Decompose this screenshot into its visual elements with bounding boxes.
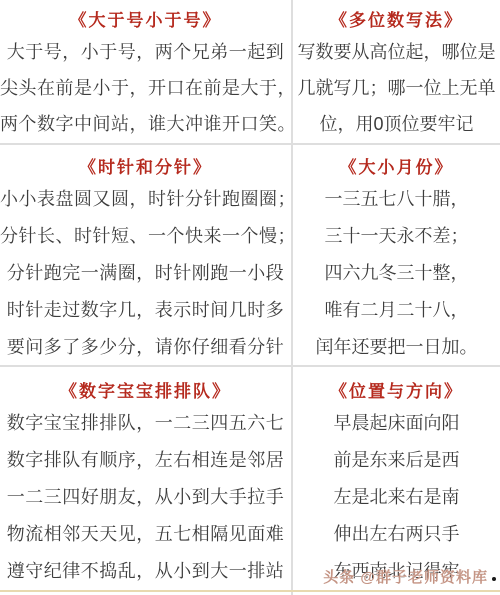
rhyme-line: 分针跑完一满圈，时针刚跑一小段	[0, 255, 291, 292]
rhyme-line: 数字排队有顺序，左右相连是邻居	[0, 442, 291, 479]
card-multidigit-writing: 《多位数写法》 写数要从高位起，哪位是 几就写几；哪一位上无单 位，用0顶位要牢…	[293, 0, 500, 145]
rhyme-line: 数字宝宝排排队，一二三四五六七	[0, 405, 291, 442]
rhyme-line: 两个数字中间站，谁大冲谁开口笑。	[0, 106, 291, 142]
rhyme-line: 一二三四好朋友，从小到大手拉手	[0, 479, 291, 516]
rhyme-line: 左是北来右是南	[293, 479, 500, 516]
watermark-text: 头条 @群子老师资料库	[323, 566, 488, 587]
card-title: 《多位数写法》	[293, 0, 500, 34]
rhyme-line: 几就写几；哪一位上无单	[293, 70, 500, 106]
card-title: 《数字宝宝排排队》	[0, 367, 291, 405]
bottom-accent-bar	[0, 590, 500, 592]
card-title: 《位置与方向》	[293, 367, 500, 405]
rhyme-line: 写数要从高位起，哪位是	[293, 34, 500, 70]
card-title: 《时针和分针》	[0, 145, 291, 181]
card-greater-less-sign: 《大于号小于号》 大于号，小于号，两个兄弟一起到 尖头在前是小于，开口在前是大于…	[0, 0, 293, 145]
rhyme-line: 小小表盘圆又圆，时针分针跑圈圈；	[0, 181, 291, 218]
rhyme-line: 早晨起床面向阳	[293, 405, 500, 442]
rhyme-line: 闰年还要把一日加。	[293, 329, 500, 366]
rhyme-line: 三十一天永不差；	[293, 218, 500, 255]
rhyme-line: 前是东来后是西	[293, 442, 500, 479]
rhyme-line: 要问多了多少分，请你仔细看分针	[0, 329, 291, 366]
card-title: 《大小月份》	[293, 145, 500, 181]
rhyme-card-grid: 《大于号小于号》 大于号，小于号，两个兄弟一起到 尖头在前是小于，开口在前是大于…	[0, 0, 500, 595]
rhyme-sheet-page: 《大于号小于号》 大于号，小于号，两个兄弟一起到 尖头在前是小于，开口在前是大于…	[0, 0, 500, 595]
rhyme-line: 一三五七八十腊，	[293, 181, 500, 218]
card-position-direction: 《位置与方向》 早晨起床面向阳 前是东来后是西 左是北来右是南 伸出左右两只手 …	[293, 367, 500, 595]
card-big-small-months: 《大小月份》 一三五七八十腊， 三十一天永不差； 四六九冬三十整， 唯有二月二十…	[293, 145, 500, 367]
rhyme-line: 物流相邻天天见，五七相隔见面难	[0, 516, 291, 553]
rhyme-line: 位，用0顶位要牢记	[293, 106, 500, 142]
rhyme-line: 伸出左右两只手	[293, 516, 500, 553]
card-hour-minute-hand: 《时针和分针》 小小表盘圆又圆，时针分针跑圈圈； 分针长、时针短、一个快来一个慢…	[0, 145, 293, 367]
dot-mark	[492, 577, 496, 581]
rhyme-line: 分针长、时针短、一个快来一个慢；	[0, 218, 291, 255]
rhyme-line: 唯有二月二十八，	[293, 292, 500, 329]
rhyme-line: 大于号，小于号，两个兄弟一起到	[0, 34, 291, 70]
rhyme-line: 四六九冬三十整，	[293, 255, 500, 292]
rhyme-line: 时针走过数字几，表示时间几时多	[0, 292, 291, 329]
card-title: 《大于号小于号》	[0, 0, 291, 34]
card-number-lineup: 《数字宝宝排排队》 数字宝宝排排队，一二三四五六七 数字排队有顺序，左右相连是邻…	[0, 367, 293, 595]
rhyme-line: 尖头在前是小于，开口在前是大于，	[0, 70, 291, 106]
rhyme-line: 遵守纪律不捣乱，从小到大一排站	[0, 553, 291, 590]
